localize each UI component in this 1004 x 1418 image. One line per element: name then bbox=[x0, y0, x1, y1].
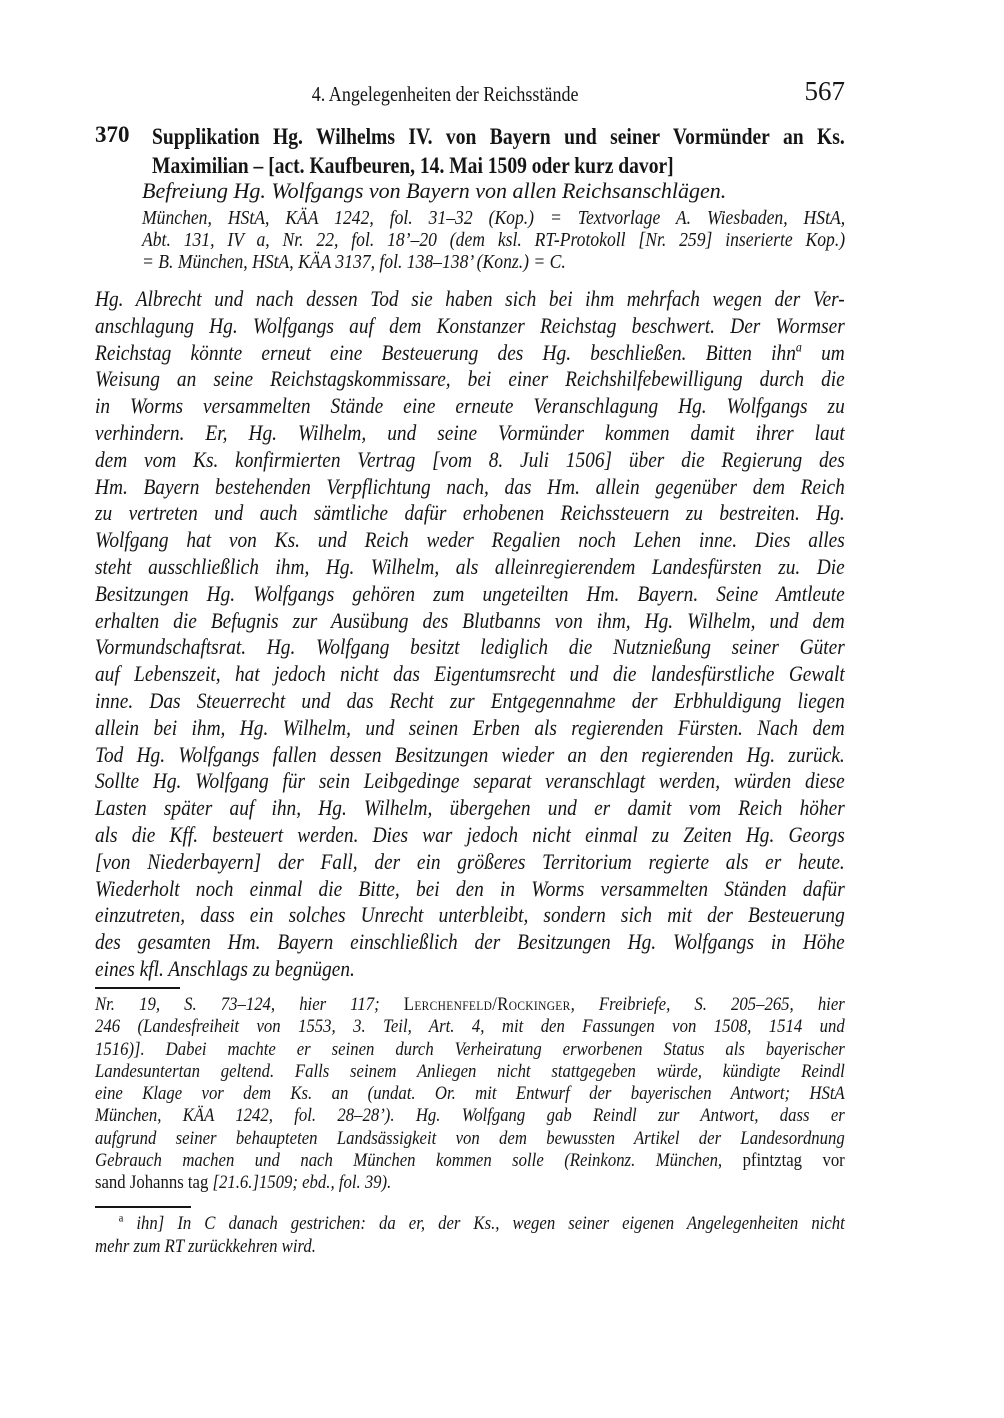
text-line: [von Niederbayern] der Fall, der ein grö… bbox=[95, 849, 845, 876]
text-line: als die Kff. besteuert werden. Dies war … bbox=[95, 822, 845, 849]
text-line: Hm. Bayern bestehenden Verpflichtung nac… bbox=[95, 474, 845, 501]
text-line: a ihn] In C danach gestrichen: da er, de… bbox=[95, 1212, 845, 1235]
text-line: verhindern. Er, Hg. Wilhelm, und seine V… bbox=[95, 420, 845, 447]
text-line: erhalten die Befugnis zur Ausübung des B… bbox=[95, 608, 845, 635]
text-line: auf Lebenszeit, hat jedoch nicht das Eig… bbox=[95, 661, 845, 688]
provenance-block: München, HStA, KÄA 1242, fol. 31–32 (Kop… bbox=[142, 207, 941, 273]
text-line: Reichstag könnte erneut eine Besteuerung… bbox=[95, 340, 845, 367]
text-line: des gesamten Hm. Bayern einschließlich d… bbox=[95, 929, 845, 956]
record-body: Hg. Albrecht und nach dessen Tod sie hab… bbox=[95, 286, 947, 983]
text-line: eines kfl. Anschlags zu begnügen. bbox=[95, 956, 845, 983]
text-line: Lasten später auf ihn, Hg. Wilhelm, über… bbox=[95, 795, 845, 822]
text-line: Weisung an seine Reichstagskommissare, b… bbox=[95, 366, 845, 393]
text-line: Maximilian – [act. Kaufbeuren, 14. Mai 1… bbox=[152, 151, 845, 180]
text-line: einzutreten, dass ein solches Unrecht un… bbox=[95, 902, 845, 929]
text-line: Landesuntertan geltend. Falls seinem Anl… bbox=[95, 1061, 845, 1083]
book-page: { "colors": { "text": "#151515", "backgr… bbox=[0, 0, 1004, 1418]
text-line: Wiederholt noch einmal die Bitte, bei de… bbox=[95, 876, 845, 903]
text-line: Abt. 131, IV a, Nr. 22, fol. 18’–20 (dem… bbox=[142, 229, 845, 251]
text-line: Nr. 19, S. 73–124, hier 117; Lerchenfeld… bbox=[95, 994, 845, 1016]
entry-title: Supplikation Hg. Wilhelms IV. von Bayern… bbox=[152, 122, 967, 180]
text-line: zu vertreten und auch sämtliche dafür er… bbox=[95, 500, 845, 527]
text-line: in Worms versammelten Stände eine erneut… bbox=[95, 393, 845, 420]
text-line: München, HStA, KÄA 1242, fol. 31–32 (Kop… bbox=[142, 207, 845, 229]
text-line: mehr zum RT zurückkehren wird. bbox=[95, 1235, 845, 1258]
text-line: Sollte Hg. Wolfgang für sein Leibgedinge… bbox=[95, 768, 845, 795]
text-line: Gebrauch machen und nach München kommen … bbox=[95, 1150, 845, 1172]
text-line: 246 (Landesfreiheit von 1553, 3. Teil, A… bbox=[95, 1016, 845, 1038]
page-number: 567 bbox=[95, 76, 845, 107]
footnote-separator bbox=[95, 987, 180, 989]
apparatus-separator bbox=[95, 1206, 191, 1208]
text-line: anschlagung Hg. Wolfgangs auf dem Konsta… bbox=[95, 313, 845, 340]
apparatus-block: a ihn] In C danach gestrichen: da er, de… bbox=[95, 1212, 947, 1258]
text-line: Supplikation Hg. Wilhelms IV. von Bayern… bbox=[152, 122, 845, 151]
footnote-block: Nr. 19, S. 73–124, hier 117; Lerchenfeld… bbox=[95, 994, 947, 1195]
text-line: München, KÄA 1242, fol. 28–28’). Hg. Wol… bbox=[95, 1105, 845, 1127]
text-line: Besitzungen Hg. Wolfgangs gehören zum un… bbox=[95, 581, 845, 608]
text-line: inne. Das Steuerrecht und das Recht zur … bbox=[95, 688, 845, 715]
text-line: Hg. Albrecht und nach dessen Tod sie hab… bbox=[95, 286, 845, 313]
text-line: 1516)]. Dabei machte er seinen durch Ver… bbox=[95, 1039, 845, 1061]
text-line: Tod Hg. Wolfgangs fallen dessen Besitzun… bbox=[95, 742, 845, 769]
text-line: Wolfgang hat von Ks. und Reich weder Reg… bbox=[95, 527, 845, 554]
text-line: allein bei ihm, Hg. Wilhelm, und seinen … bbox=[95, 715, 845, 742]
text-line: steht ausschließlich ihm, Hg. Wilhelm, a… bbox=[95, 554, 845, 581]
text-line: Vormundschaftsrat. Hg. Wolfgang besitzt … bbox=[95, 634, 845, 661]
entry-number: 370 bbox=[95, 122, 130, 148]
text-line: aufgrund seiner behaupteten Landsässigke… bbox=[95, 1128, 845, 1150]
text-line: = B. München, HStA, KÄA 3137, fol. 138–1… bbox=[142, 251, 845, 273]
entry-summary: Befreiung Hg. Wolfgangs von Bayern von a… bbox=[142, 178, 726, 204]
text-line: dem vom Ks. konfirmierten Vertrag [vom 8… bbox=[95, 447, 845, 474]
text-line: sand Johanns tag [21.6.]1509; ebd., fol.… bbox=[95, 1172, 845, 1194]
text-line: eine Klage vor dem Ks. an (undat. Or. mi… bbox=[95, 1083, 845, 1105]
